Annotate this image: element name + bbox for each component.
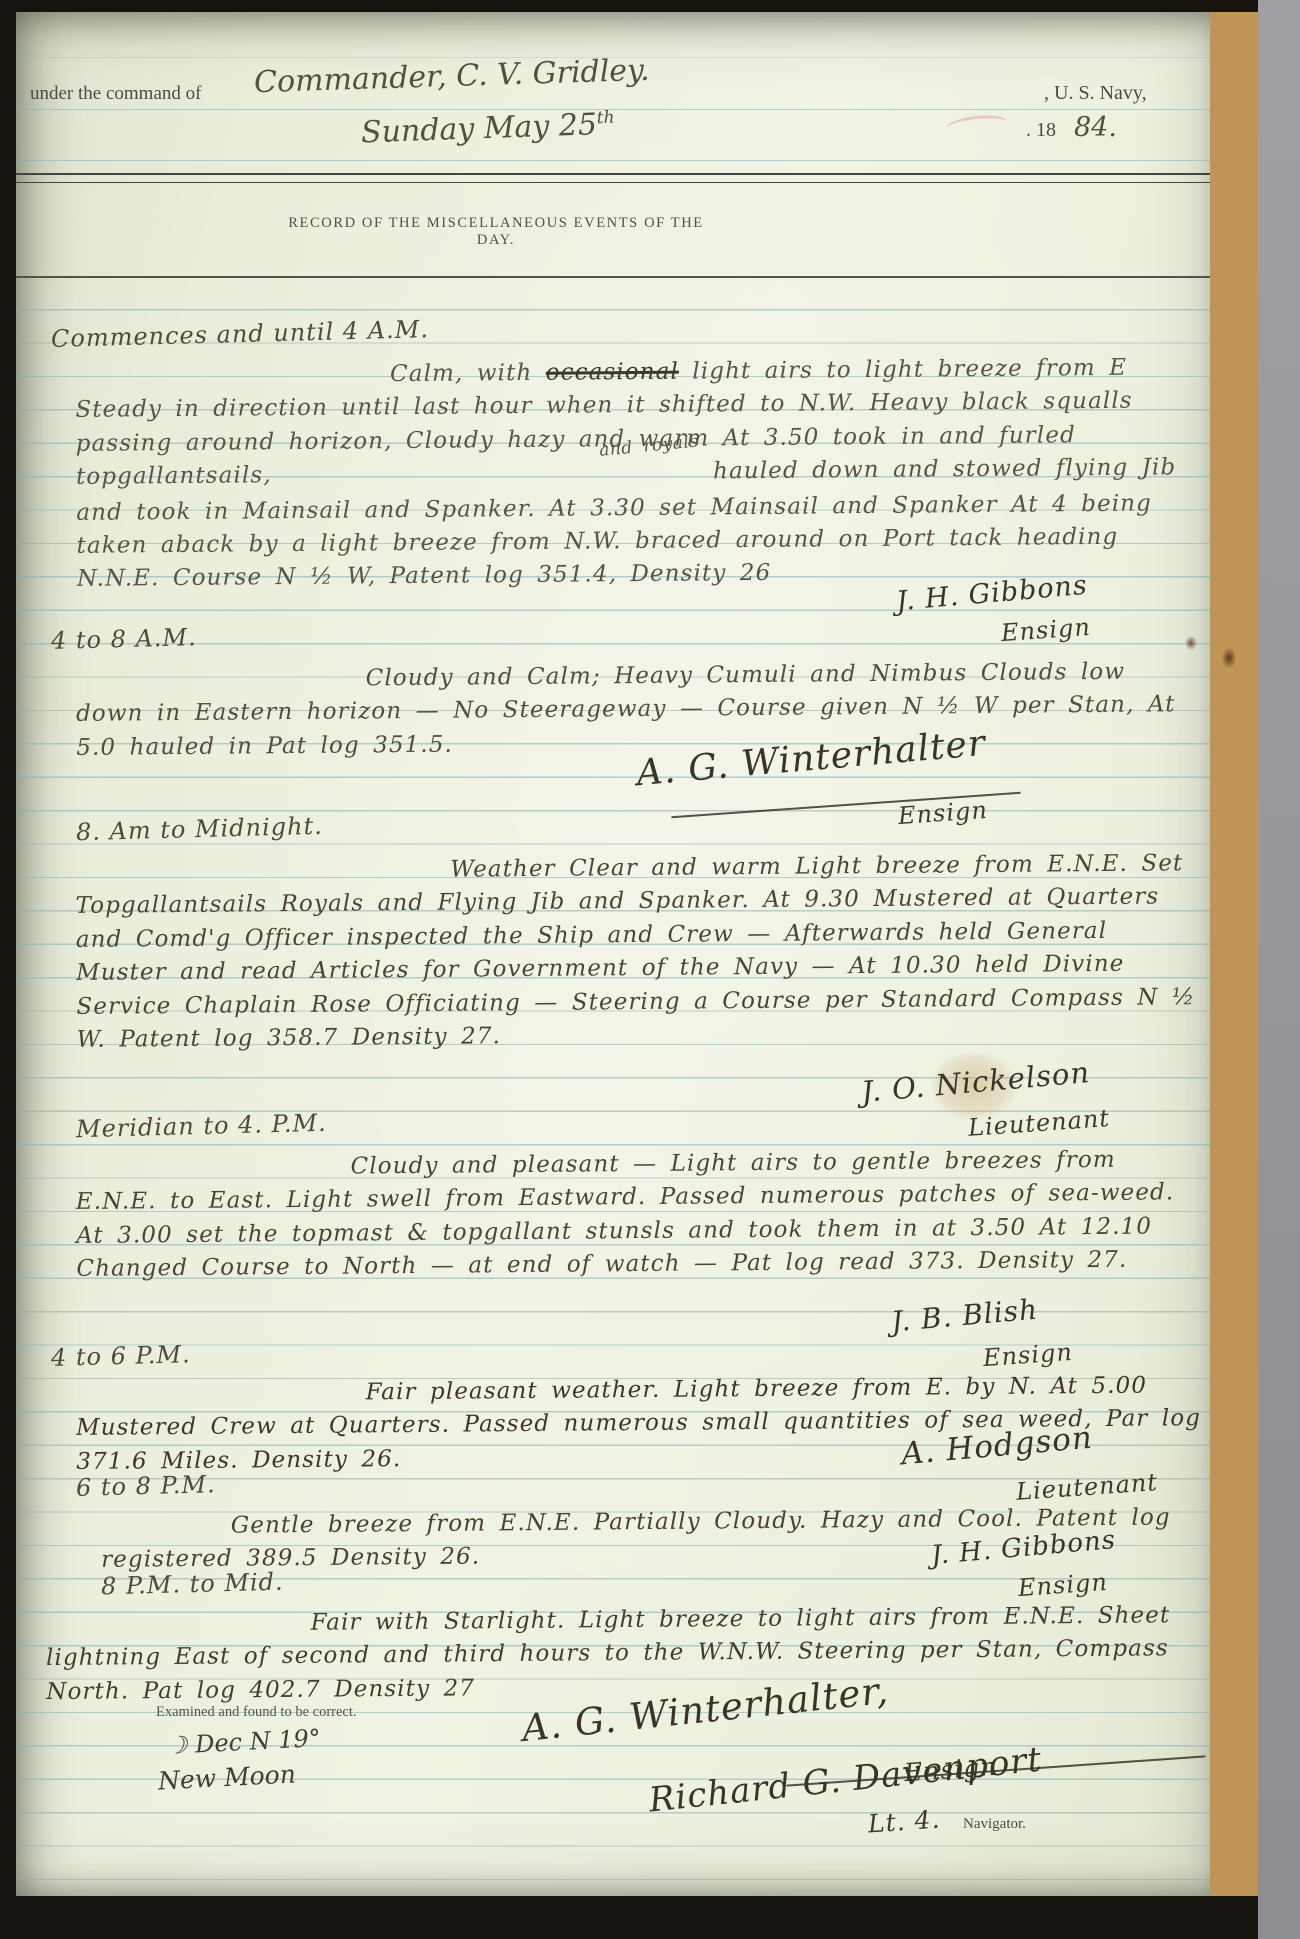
ruled-line [16,160,1210,161]
page-stack-edge [1210,12,1258,1896]
watch-body: Weather Clear and warm Light breeze from… [75,847,1207,1057]
watch-heading: 6 to 8 P.M. [76,1470,216,1502]
examined-note-printed: Examined and found to be correct. [156,1704,357,1721]
watch-heading: 4 to 8 A.M. [51,623,197,655]
body-text: Calm, with [390,360,546,387]
logbook-page: under the command of Commander, C. V. Gr… [16,12,1210,1896]
struck-word: occasional [546,359,679,386]
year-prefix-printed: . 18 [1026,119,1056,142]
paper-speck [1185,636,1197,650]
date-text: Sunday May 25 [360,107,597,150]
signature-rank: Lt. 4. [867,1805,941,1839]
date-ordinal: th [596,108,614,129]
watch-heading: 8 P.M. to Mid. [101,1568,284,1601]
header-double-rule [16,173,1210,183]
navigator-label-printed: Navigator. [963,1816,1026,1833]
watch-body: Cloudy and Calm; Heavy Cumuli and Nimbus… [76,655,1202,765]
record-title: RECORD OF THE MISCELLANEOUS EVENTS OF TH… [271,215,721,249]
commander-name-handwritten: Commander, C. V. Gridley. [254,53,651,100]
pink-ink-mark [945,113,1009,138]
watch-body: Cloudy and pleasant — Light airs to gent… [75,1143,1206,1286]
page-edge-speck [1222,648,1236,668]
watch-body: Calm, with occasional light airs to ligh… [75,351,1202,597]
navy-suffix-printed: , U. S. Navy, [1044,82,1147,105]
year-handwritten: 84. [1074,112,1117,143]
watch-heading: 4 to 6 P.M. [51,1340,191,1372]
header-single-rule [16,276,1210,278]
date-handwritten: Sunday May 25th [360,107,615,151]
photo-backdrop [1258,0,1300,1939]
logbook-photo: { "page": { "header": { "command_prefix"… [0,0,1300,1939]
watch-body: Fair with Starlight. Light breeze to lig… [46,1599,1207,1709]
command-prefix-printed: under the command of [30,83,201,105]
